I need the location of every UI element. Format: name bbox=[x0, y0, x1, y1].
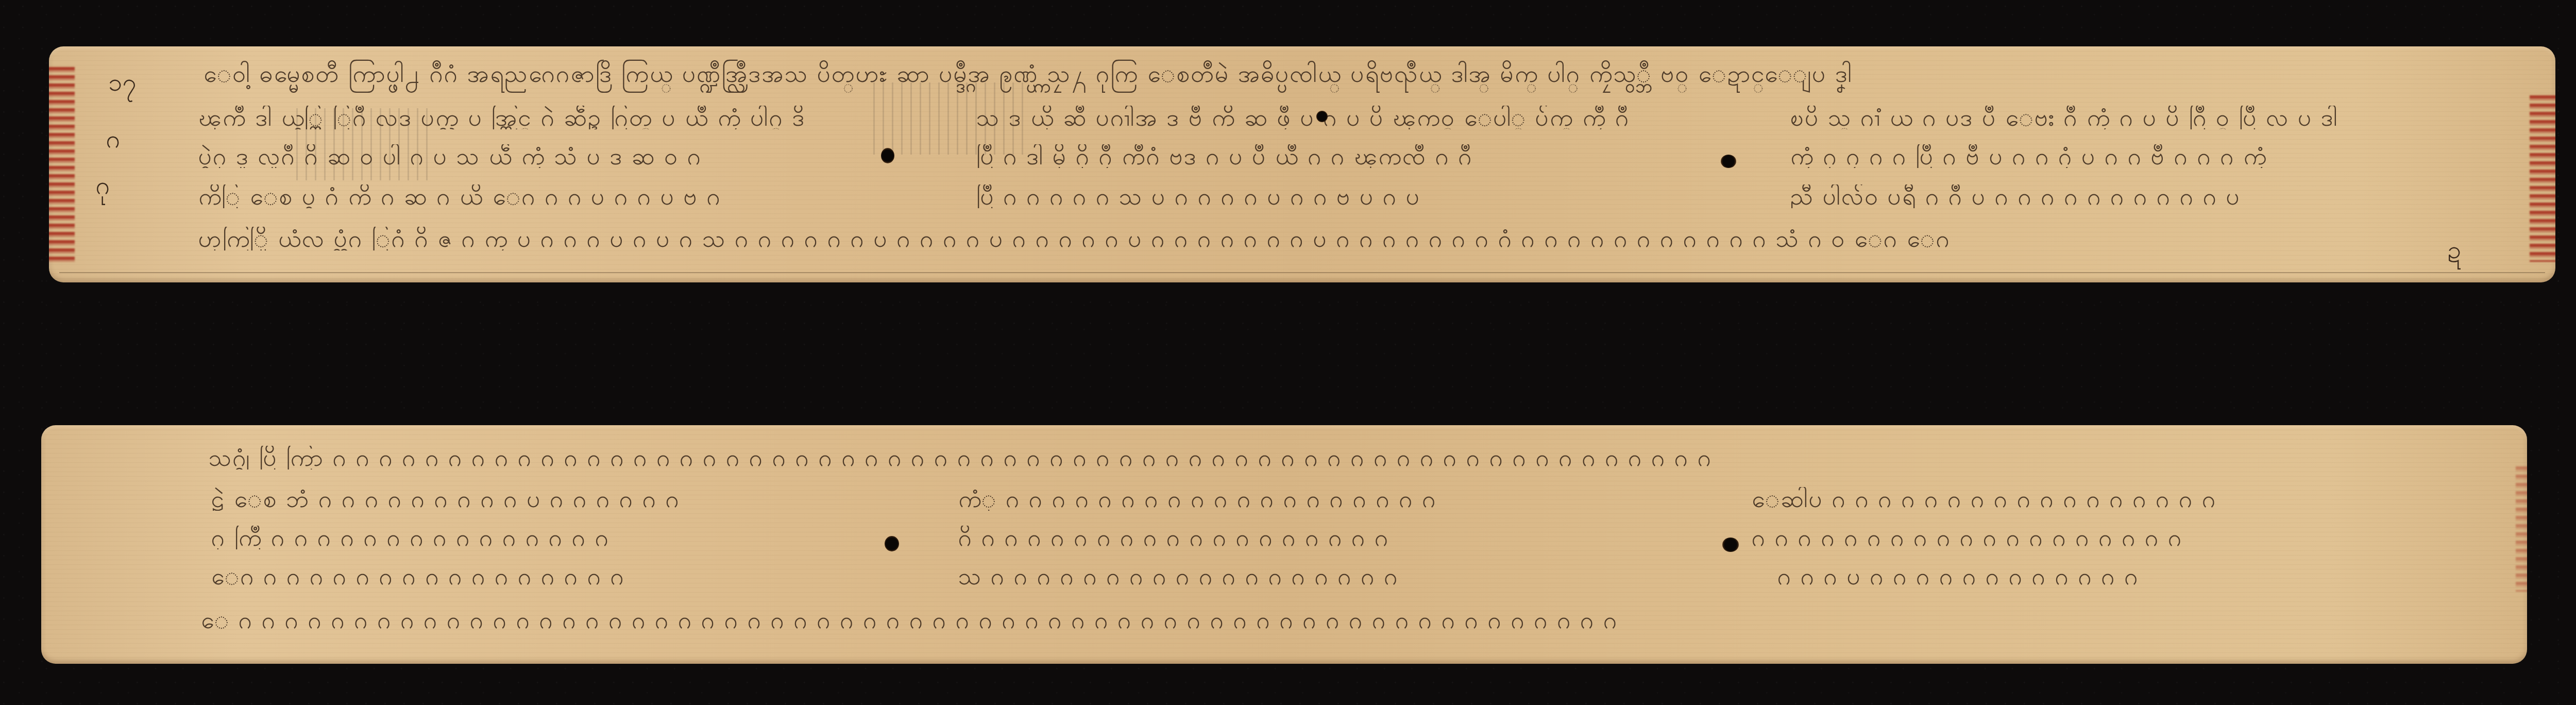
text-line-3-col1: ပွဲဂု ဒူ လူဂဳ ဂိ ဆ ဝ ပါ ဂ ပ သ ယဵ ကၠံ သံ … bbox=[198, 144, 894, 168]
red-lacquer-edge-right bbox=[2530, 95, 2555, 262]
ruled-line bbox=[59, 272, 2545, 273]
text-line-2-col3: ေဆါပ ဂ ဂ ဂ ဂ ဂ ဂ ဂ ဂ ဂ ဂ ဂ ဂ ဂ ဂ ဂ ဂ ဂ bbox=[1752, 487, 2421, 511]
text-line-4-col2: ပြဳ ဂ ဂ ဂ ဂ ဂ သ ပ ဂ ဂ ဂ ဂ ပ ဂ ဂ ဗ ပ ဂ ပ bbox=[976, 184, 1646, 208]
text-line-3-col2: ပြဳ ဂ ဒါ မို ဂို ဂၠဳ ကဳဂံ ဗဒ ဂ ပ ပဳ ယဳ ဂ… bbox=[976, 144, 1646, 168]
red-lacquer-edge-left bbox=[49, 67, 75, 262]
text-line-1: သဂ္ဂုံ ပြိ ကြာ ဂ ဂ ဂ ဂ ဂ ဂ ဂ ဂ ဂ ဂ ဂ ဂ ဂ… bbox=[209, 446, 2424, 469]
text-line-5: ေ ဂ ဂ ဂ ဂ ဂ ဂ ဂ ဂ ဂ ဂ ဂ ဂ ဂ ဂ ဂ ဂ ဂ ဂ ဂ … bbox=[201, 608, 2427, 632]
text-line-3-col3: ဂ ဂ ဂ ဂ ဂ ဂ ဂ ဂ ဂ ဂ ဂ ဂ ဂ ဂ ဂ ဂ ဂ ဂ ဂ bbox=[1752, 526, 2421, 549]
text-line-3-col2: ဂိ ဂ ဂ ဂ ဂ ဂ ဂ ဂ ဂ ဂ ဂ ဂ ဂ ဂ ဂ ဂ ဂ ဂ ဂ bbox=[958, 526, 1654, 549]
text-line-4-col1: ေဂ ဂ ဂ ဂ ဂ ဂ ဂ ဂ ဂ ဂ ဂ ဂ ဂ ဂ ဂ ဂ ဂ bbox=[211, 564, 881, 588]
string-hole-right bbox=[1721, 155, 1736, 168]
string-hole-left bbox=[885, 536, 899, 551]
text-line-2-col1: ဋဲ ေစ ဘံ ဂ ဂ ဂ ဂ ဂ ဂ ဂ ဂ ဂ ပ ဂ ဂ ဂ ဂ ဂ ဂ bbox=[211, 487, 881, 511]
text-line-2-col2: ကံု ဂ ဂ ဂ ဂ ဂ ဂ ဂ ဂ ဂ ဂ ဂ ဂ ဂ ဂ ဂ ဂ ဂ ဂ … bbox=[958, 487, 1654, 511]
text-line-2-col1: ၾကဳ ဒါ ယွ္ကြ ြဂဳ လဒ ပက္လ ပ အ္ကြင္ ဂဲ ဆဵဥ… bbox=[198, 106, 894, 129]
red-lacquer-edge-right bbox=[2516, 466, 2527, 592]
margin-numeral: ဂ bbox=[106, 124, 120, 160]
text-line-3-col1: ဂု ကြဳ ဂ ဂ ဂ ဂ ဂ ဂ ဂ ဂ ဂ ဂ ဂ ဂ ဂ ဂ ဂ bbox=[211, 526, 881, 549]
text-line-1: ေဝါ့ ဓမ္မေစတီ ကြာပ္ဖါ႕ ဂဳဂံ အရညဂေဂဇာဒြိ … bbox=[204, 62, 1853, 86]
palm-leaf-folio-top: ၁၇ ဂ ဂု ဍ ေဝါ့ ဓမ္မေစတီ ကြာပ္ဖါ႕ ဂဳဂံ အရ… bbox=[49, 46, 2555, 282]
string-hole-worm bbox=[1316, 111, 1328, 122]
text-line-4-col3: ညီ ပါလ်ဝ ပရီ ဂ ဂဳ ပ ဂ ဂ ဂ ဂ ဂ ဂ ဂ ဂ ဂ ဂ … bbox=[1790, 184, 2460, 208]
folio-mark: ဍ bbox=[2447, 234, 2461, 271]
text-line-4-col3: ဂ ဂ ဂ ပ ဂ ဂ ဂ ဂ ဂ ဂ ဂ ဂ ဂ ဂ ဂ ဂ bbox=[1777, 564, 2421, 588]
text-line-4-col1: ကိြ ေစ ပွ ဂံ ကိ ဂ ဆ ဂ ယိ ေဂ ဂ ဂ ပ ဂ ဂ ပ … bbox=[198, 184, 894, 208]
text-line-5: ဟုကြြို ယံလ ပ္ကံဂ ြဂံ ဂိ ဇ ဂ ကၠ ပ ဂ ဂ ဂ … bbox=[198, 227, 2414, 250]
string-hole-right bbox=[1722, 538, 1739, 552]
string-hole-left bbox=[881, 148, 894, 163]
palm-leaf-folio-bottom: သဂ္ဂုံ ပြိ ကြာ ဂ ဂ ဂ ဂ ဂ ဂ ဂ ဂ ဂ ဂ ဂ ဂ ဂ… bbox=[41, 425, 2527, 664]
text-line-2-col3: ၿပိ သ္ ဂၢံ ယ ဂ ပဒ ပဳ ေဗး ဂဳ ကၠံ ဂ ပ ပိ ဂ… bbox=[1790, 106, 2460, 129]
margin-numeral: ၁၇ bbox=[108, 67, 136, 103]
text-line-3-col3: ကၠံ ဂု ဂၠ ဂ ဂ ပြဳ ဂ ဗဳ ပ ဂ ဂ ဂၠံ ပ ဂ ဂ ဗ… bbox=[1790, 144, 2460, 168]
text-line-4-col2: သ ဂ ဂ ဂ ဂ ဂ ဂ ဂ ဂ ဂ ဂ ဂ ဂ ဂ ဂ ဂ ဂ ဂ ဂ bbox=[958, 564, 1654, 588]
text-line-2-col2: သ ဒ ယို ဆဳ ပဂၢါအ ဒ ဗဳ ကိ ဆ ဖၠဳ ပ ဂ ပ ပိ … bbox=[976, 106, 1646, 129]
margin-numeral: ဂု bbox=[95, 170, 109, 206]
